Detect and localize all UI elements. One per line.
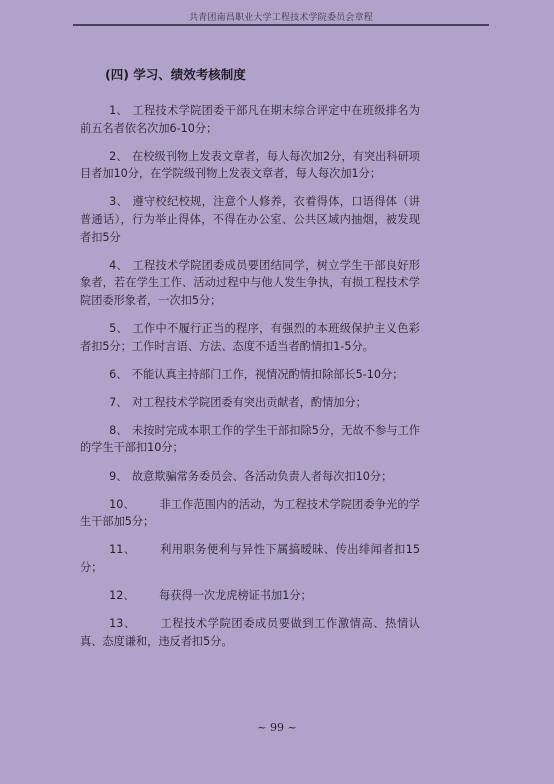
rule-item-10: 10、非工作范围内的活动，为工程技术学院团委争光的学生干部加5分；	[80, 496, 420, 531]
rule-item-7: 7、对工程技术学院团委有突出贡献者，酌情加分；	[80, 394, 420, 412]
rule-number: 7、	[109, 396, 127, 409]
rule-text: 工程技术学院团委干部凡在期末综合评定中在班级排名为前五名者依名次加6-10分；	[80, 104, 420, 135]
rule-number: 4、	[109, 259, 128, 272]
rule-item-2: 2、在校级刊物上发表文章者，每人每次加2分，有突出科研项目者加10分，在学院级刊…	[80, 148, 420, 183]
rule-number: 1、	[109, 104, 128, 117]
rule-text: 故意欺骗常务委员会、各活动负责人者每次扣10分；	[132, 470, 392, 483]
page-number: ~ 99 ~	[0, 721, 554, 734]
rule-number: 11、	[109, 543, 135, 556]
rule-number: 8、	[109, 424, 127, 437]
rule-item-5: 5、工作中不履行正当的程序，有强烈的本班级保护主义色彩者扣5分；工作时言语、方法…	[80, 320, 420, 355]
rule-item-4: 4、工程技术学院团委成员要团结同学，树立学生干部良好形象者，若在学生工作、活动过…	[80, 257, 420, 310]
rule-number: 3、	[109, 195, 128, 208]
rule-item-9: 9、故意欺骗常务委员会、各活动负责人者每次扣10分；	[80, 468, 420, 486]
rule-item-6: 6、不能认真主持部门工作，视情况酌情扣除部长5-10分；	[80, 366, 420, 384]
rule-text: 对工程技术学院团委有突出贡献者，酌情加分；	[132, 396, 367, 409]
rule-number: 5、	[109, 322, 128, 335]
rule-item-11: 11、利用职务便利与异性下属搞暧昧、传出绯闻者扣15分；	[80, 541, 420, 576]
rule-text: 工程技术学院团委成员要团结同学，树立学生干部良好形象者，若在学生工作、活动过程中…	[80, 259, 420, 307]
rule-item-8: 8、未按时完成本职工作的学生干部扣除5分，无故不参与工作的学生干部扣10分；	[80, 422, 420, 457]
rule-text: 在校级刊物上发表文章者，每人每次加2分，有突出科研项目者加10分，在学院级刊物上…	[80, 150, 420, 181]
rule-number: 13、	[109, 617, 136, 630]
document-header-title: 共青团南昌职业大学工程技术学院委员会章程	[73, 10, 489, 23]
rule-text: 不能认真主持部门工作，视情况酌情扣除部长5-10分；	[132, 368, 404, 381]
rule-text: 工作中不履行正当的程序，有强烈的本班级保护主义色彩者扣5分；工作时言语、方法、态…	[80, 322, 420, 353]
section-title: (四) 学习、绩效考核制度	[105, 65, 246, 83]
rule-number: 6、	[109, 368, 127, 381]
rule-number: 9、	[109, 470, 127, 483]
rule-item-3: 3、遵守校纪校规，注意个人修养，衣着得体，口语得体（讲普通话），行为举止得体，不…	[80, 193, 420, 246]
rule-number: 12、	[109, 589, 134, 602]
header-divider	[73, 24, 489, 26]
rule-text: 未按时完成本职工作的学生干部扣除5分，无故不参与工作的学生干部扣10分；	[80, 424, 420, 455]
rule-item-13: 13、工程技术学院团委成员要做到工作激情高、热情认真、态度谦和，违反者扣5分。	[80, 615, 420, 650]
rule-number: 10、	[109, 498, 135, 511]
rule-number: 2、	[109, 150, 127, 163]
rule-item-12: 12、每获得一次龙虎榜证书加1分；	[80, 587, 420, 605]
rules-list: 1、工程技术学院团委干部凡在期末综合评定中在班级排名为前五名者依名次加6-10分…	[80, 102, 420, 661]
rule-item-1: 1、工程技术学院团委干部凡在期末综合评定中在班级排名为前五名者依名次加6-10分…	[80, 102, 420, 137]
rule-text: 每获得一次龙虎榜证书加1分；	[159, 589, 312, 602]
rule-text: 遵守校纪校规，注意个人修养，衣着得体，口语得体（讲普通话），行为举止得体，不得在…	[80, 195, 420, 243]
